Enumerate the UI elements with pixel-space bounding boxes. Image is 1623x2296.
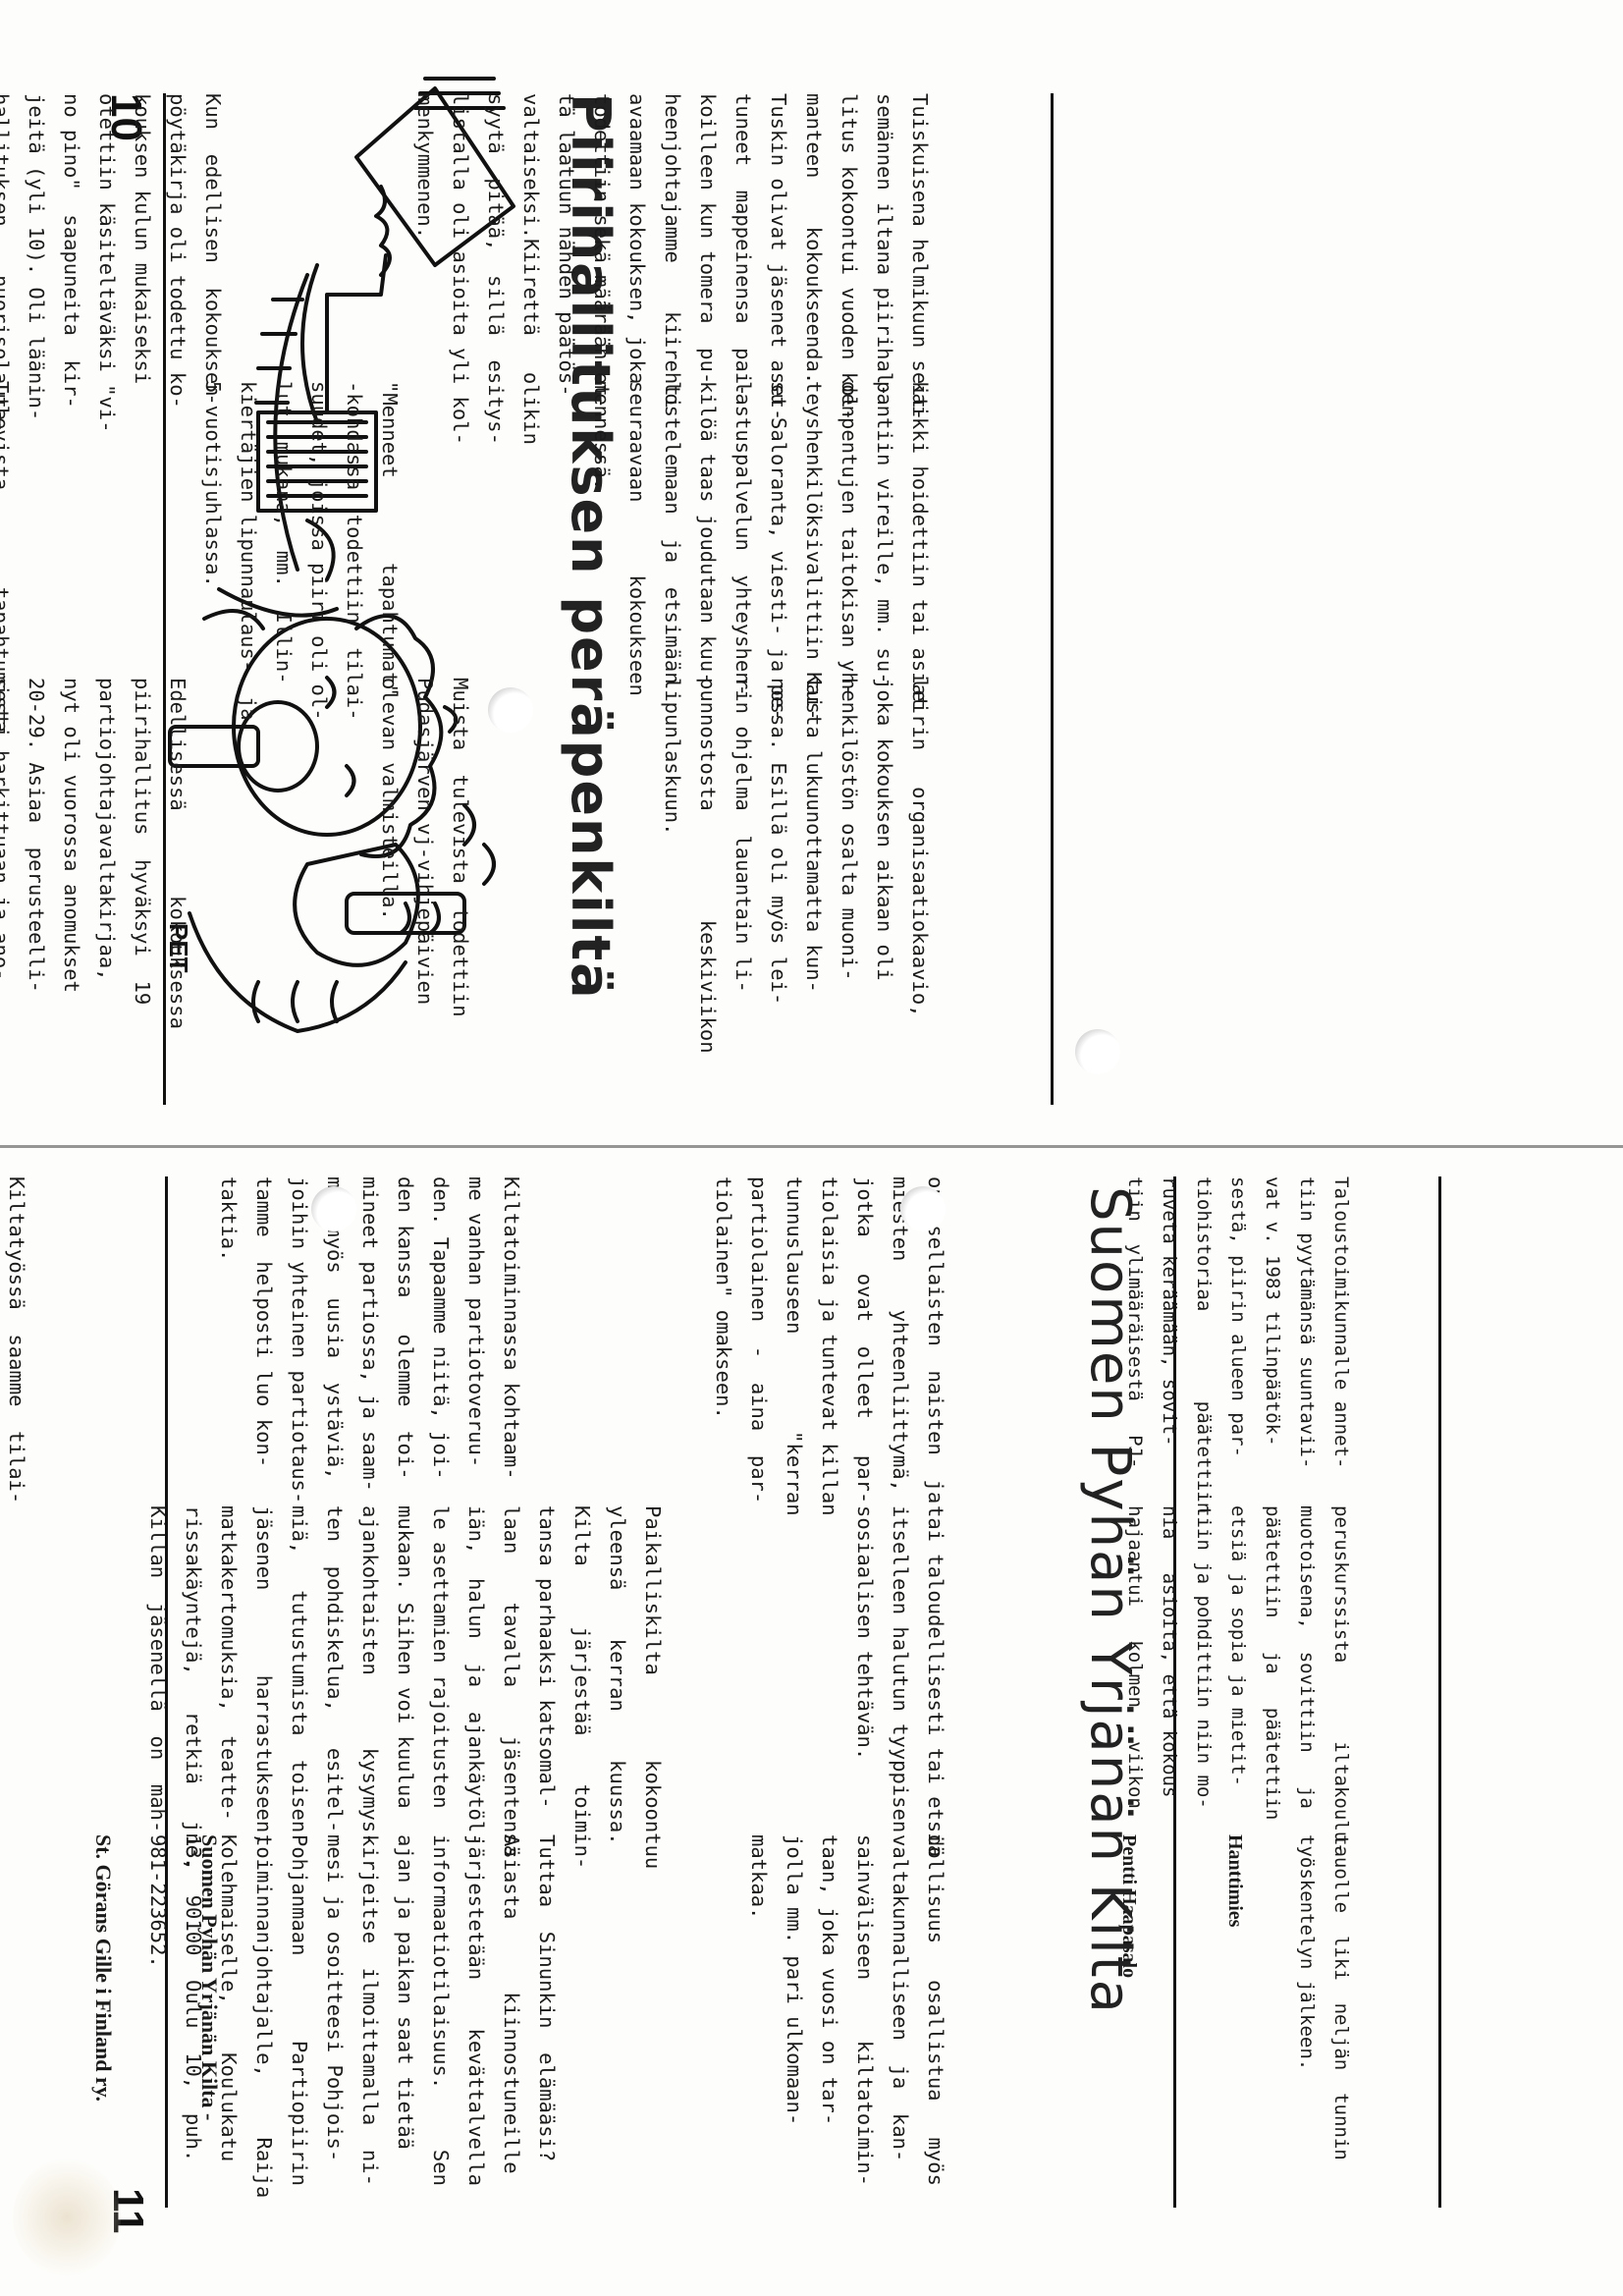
paragraph: Muista tulevista todettiin Pudasjärven v… (372, 678, 478, 1054)
page-10-top-rule (1051, 93, 1054, 1105)
page-fold (0, 1145, 1623, 1148)
paragraph: leirin organisaatiokaavio, joka kokoukse… (655, 678, 938, 1054)
organization-signature: Suomen Pyhän Yrjänän Kilta - St. Görans … (15, 1834, 298, 2120)
author-role: Hanttimies (1217, 1834, 1253, 1978)
text-column-3: leirin organisaatiokaavio, joka kokoukse… (0, 678, 1008, 1054)
page-11-mid-rule (1173, 1176, 1176, 2208)
page-11-top-rule (1438, 1176, 1441, 2208)
page-10: PET 10 Piirihallituksen peräpenkiltä Tui… (0, 0, 1623, 1139)
punch-hole (900, 1186, 946, 1231)
paragraph: Kiltatyössä saamme tilai- suuden auttaa … (0, 1176, 34, 1516)
paragraph: Paikalliskilta kokoontuu yleensä kerran … (140, 1505, 671, 1869)
paper-stain (13, 2159, 121, 2276)
page-11-bottom-rule (165, 1176, 168, 2208)
paragraph: peruskurssista iltakoulu- muotoisena, so… (1117, 1505, 1358, 1854)
article-title: Suomen Pyhän Yrjänän Kilta (1078, 1186, 1142, 2015)
punch-hole (488, 687, 533, 733)
organization-name-sv: St. Görans Gille i Finland ry. (85, 1834, 121, 2120)
booklet-spread: PET 10 Piirihallituksen peräpenkiltä Tui… (0, 0, 1623, 2296)
paragraph: Kiltatoiminnassa kohtaam- me vanhan part… (211, 1176, 529, 1516)
paragraph: dollisuus osallistua myös valtakunnallis… (741, 1834, 953, 2198)
paragraph: Taloustoimikunnalle annet- tiin pyytämän… (1117, 1176, 1358, 1513)
punch-hole (311, 1186, 356, 1231)
paragraph: Edellisessä kokouksessa piirihallitus hy… (0, 678, 195, 1054)
text-column-1: on sellaisten naisten ja miesten yhteenl… (0, 1176, 1024, 1516)
punch-hole (1075, 1029, 1120, 1074)
text-column-2: tai taloudellisesti tai etsiä itselleen … (70, 1505, 1024, 1869)
paragraph: tai taloudellisesti tai etsiä itselleen … (847, 1505, 953, 1869)
page-11: Taloustoimikunnalle annet- tiin pyytämän… (0, 1157, 1623, 2296)
organization-name-fi: Suomen Pyhän Yrjänän Kilta - (191, 1834, 227, 2120)
